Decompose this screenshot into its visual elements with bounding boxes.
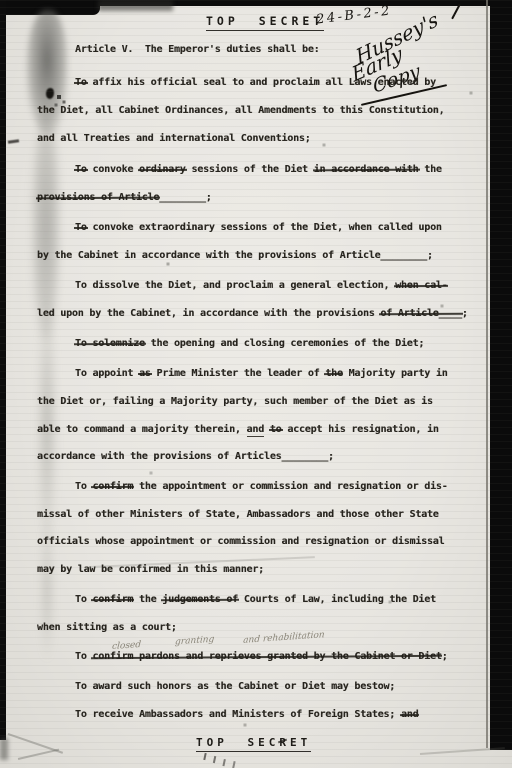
typed-line: To dissolve the Diet, and proclaim a gen… bbox=[75, 280, 448, 292]
typed-text: the opening and closing ceremonies of th… bbox=[145, 338, 424, 349]
struck-text: judgements of bbox=[162, 594, 238, 605]
struck-text: To bbox=[75, 164, 87, 175]
typed-line: and all Treaties and international Conve… bbox=[37, 133, 311, 145]
typed-text: To receive Ambassadors and Ministers of … bbox=[75, 709, 401, 720]
typed-text: led upon by the Cabinet, in accordance w… bbox=[37, 308, 380, 319]
typed-text: Majority party in bbox=[343, 368, 448, 379]
struck-text: of Article____ bbox=[380, 308, 462, 319]
typed-line: the Diet or, failing a Majority party, s… bbox=[37, 396, 433, 408]
classification-header: TOP SECRET bbox=[206, 14, 324, 31]
typed-line: To confirm pardons and reprieves granted… bbox=[75, 651, 448, 663]
typed-text: the Diet or, failing a Majority party, s… bbox=[37, 396, 433, 407]
typed-text: and all Treaties and international Conve… bbox=[37, 133, 311, 144]
paper-crease bbox=[18, 749, 59, 760]
typed-text: may by law be confirmed in this manner; bbox=[37, 564, 264, 575]
typed-text: sessions of the Diet bbox=[186, 164, 314, 175]
typed-line: To confirm the appointment or commission… bbox=[75, 481, 448, 493]
typed-text: To award such honors as the Cabinet or D… bbox=[75, 681, 395, 692]
typed-line: officials whose appointment or commissio… bbox=[37, 536, 444, 548]
struck-text: To bbox=[75, 222, 87, 233]
typed-text: accordance with the provisions of Articl… bbox=[37, 451, 334, 462]
typed-line: able to command a majority therein, and … bbox=[37, 424, 439, 436]
classification-footer: TOP SECRET bbox=[196, 736, 311, 752]
scan-smear-top bbox=[98, 0, 173, 11]
typed-text: when sitting as a court; bbox=[37, 622, 177, 633]
struck-text: the bbox=[325, 368, 342, 379]
struck-text: confirm bbox=[92, 594, 133, 605]
struck-text: To bbox=[75, 77, 87, 88]
typed-text: the bbox=[133, 594, 162, 605]
typed-text: able to command a majority therein, bbox=[37, 424, 247, 435]
struck-text: confirm bbox=[92, 481, 133, 492]
typed-line: To convoke extraordinary sessions of the… bbox=[75, 222, 442, 234]
typed-line: To award such honors as the Cabinet or D… bbox=[75, 681, 395, 693]
typed-text: ________; bbox=[159, 192, 211, 203]
typed-text: officials whose appointment or commissio… bbox=[37, 536, 444, 547]
scan-border-left bbox=[0, 0, 6, 740]
typed-text: accept his resignation, in bbox=[282, 424, 439, 435]
pencil-annotation: granting bbox=[175, 635, 215, 648]
typed-text: convoke bbox=[87, 164, 139, 175]
paper-crease bbox=[420, 747, 505, 754]
typed-line: by the Cabinet in accordance with the pr… bbox=[37, 250, 433, 262]
typed-line: To receive Ambassadors and Ministers of … bbox=[75, 709, 418, 721]
typed-text: convoke extraordinary sessions of the Di… bbox=[87, 222, 442, 233]
struck-text: and bbox=[401, 709, 418, 720]
typed-text: To dissolve the Diet, and proclaim a gen… bbox=[75, 280, 395, 291]
typed-text: Article V. The Emperor's duties shall be… bbox=[75, 44, 319, 55]
typed-line: provisions of Article________; bbox=[37, 192, 212, 204]
typed-line: To affix his official seal to and procla… bbox=[75, 77, 436, 89]
struck-text: to bbox=[270, 424, 282, 435]
typed-text: ; bbox=[462, 308, 468, 319]
margin-pen-dash bbox=[8, 139, 19, 144]
struck-text: To solemnize bbox=[75, 338, 145, 349]
struck-text: provisions of Article bbox=[37, 192, 159, 203]
handwritten-file-number: 24-B-2-2 bbox=[315, 3, 392, 27]
struck-text: in accordance with bbox=[314, 164, 419, 175]
typed-line: accordance with the provisions of Articl… bbox=[37, 451, 334, 463]
typed-text: To bbox=[75, 481, 92, 492]
typed-line: missal of other Ministers of State, Amba… bbox=[37, 509, 439, 521]
typed-text: To bbox=[75, 594, 92, 605]
pen-tick-marks bbox=[203, 753, 206, 760]
typed-text: affix his official seal to and proclaim … bbox=[87, 77, 436, 88]
document-page: TOP SECRET TOP SECRET 24-B-2-2 Hussey's … bbox=[0, 0, 512, 768]
typed-line: To convoke ordinary sessions of the Diet… bbox=[75, 164, 442, 176]
typed-text: Prime Minister the leader of bbox=[151, 368, 326, 379]
underlined-text: and bbox=[247, 424, 264, 437]
pencil-annotation: closed bbox=[112, 640, 142, 652]
scan-border-left-fade bbox=[0, 738, 8, 760]
scan-border-right bbox=[490, 0, 512, 750]
typed-line: the Diet, all Cabinet Ordinances, all Am… bbox=[37, 105, 444, 117]
typed-text: Courts of Law, including the Diet bbox=[238, 594, 436, 605]
typed-line: To solemnize the opening and closing cer… bbox=[75, 338, 424, 350]
struck-text: when cal- bbox=[395, 280, 447, 291]
typed-line: when sitting as a court; bbox=[37, 622, 177, 634]
typed-text: the appointment or commission and resign… bbox=[133, 481, 447, 492]
typed-line: Article V. The Emperor's duties shall be… bbox=[75, 44, 319, 56]
typed-text: ; bbox=[442, 651, 448, 662]
typed-line: To appoint as Prime Minister the leader … bbox=[75, 368, 448, 380]
struck-text: ordinary bbox=[139, 164, 186, 175]
paper-speckles bbox=[0, 0, 2, 2]
typed-line: may by law be confirmed in this manner; bbox=[37, 564, 264, 576]
typed-text: To appoint bbox=[75, 368, 139, 379]
typed-text: by the Cabinet in accordance with the pr… bbox=[37, 250, 433, 261]
typed-text: the Diet, all Cabinet Ordinances, all Am… bbox=[37, 105, 444, 116]
paper-edge bbox=[486, 0, 488, 748]
pencil-annotation: and rehabilitation bbox=[243, 630, 325, 646]
typed-line: To confirm the judgements of Courts of L… bbox=[75, 594, 436, 606]
typed-line: led upon by the Cabinet, in accordance w… bbox=[37, 308, 468, 320]
typed-text: To bbox=[75, 651, 92, 662]
typed-text: missal of other Ministers of State, Amba… bbox=[37, 509, 439, 520]
struck-text: confirm pardons and reprieves granted by… bbox=[92, 651, 441, 662]
struck-text: as bbox=[139, 368, 151, 379]
typed-text: the bbox=[418, 164, 441, 175]
